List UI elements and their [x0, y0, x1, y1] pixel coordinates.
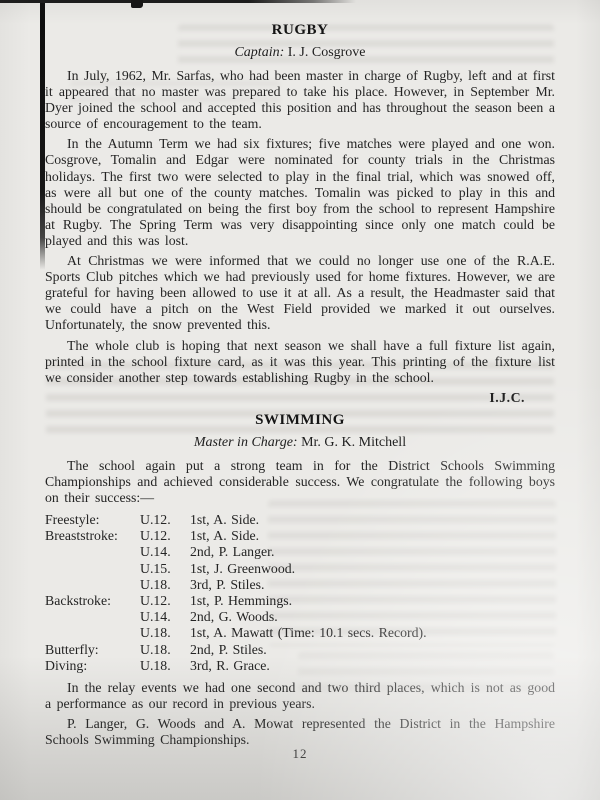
page-content: RUGBY Captain: I. J. Cosgrove In July, 1… [0, 0, 600, 800]
result-event [45, 561, 140, 577]
result-row: Breaststroke: U.12. 1st, A. Side. [45, 528, 555, 544]
swimming-section: SWIMMING Master in Charge: Mr. G. K. Mit… [45, 412, 555, 749]
scanned-magazine-page: RUGBY Captain: I. J. Cosgrove In July, 1… [0, 0, 600, 800]
rugby-section: RUGBY Captain: I. J. Cosgrove In July, 1… [45, 22, 555, 406]
result-event [45, 625, 140, 641]
rugby-paragraph-4: The whole club is hoping that next seaso… [45, 338, 555, 386]
result-age-group: U.12. [140, 512, 190, 528]
swimming-relay-paragraph: In the relay events we had one second an… [45, 680, 555, 712]
rugby-author-initials: I.J.C. [45, 390, 525, 406]
result-age-group: U.18. [140, 658, 190, 674]
swimming-intro-paragraph: The school again put a strong team in fo… [45, 458, 555, 506]
result-age-group: U.15. [140, 561, 190, 577]
result-placing: 1st, J. Greenwood. [190, 561, 555, 577]
result-placing: 3rd, R. Grace. [190, 658, 555, 674]
result-placing: 2nd, P. Langer. [190, 544, 555, 560]
rugby-paragraph-1: In July, 1962, Mr. Sarfas, who had been … [45, 68, 555, 132]
result-row: U.18. 3rd, P. Stiles. [45, 577, 555, 593]
page-number: 12 [0, 746, 600, 762]
result-placing: 1st, P. Hemmings. [190, 593, 555, 609]
result-placing: 3rd, P. Stiles. [190, 577, 555, 593]
result-event: Freestyle: [45, 512, 140, 528]
result-event: Diving: [45, 658, 140, 674]
result-row: U.14. 2nd, G. Woods. [45, 609, 555, 625]
result-row: Freestyle: U.12. 1st, A. Side. [45, 512, 555, 528]
captain-label: Captain: [234, 45, 284, 60]
result-age-group: U.18. [140, 577, 190, 593]
swimming-results-table: Freestyle: U.12. 1st, A. Side. Breaststr… [45, 512, 555, 674]
result-age-group: U.14. [140, 544, 190, 560]
swimming-closing-paragraph: P. Langer, G. Woods and A. Mowat represe… [45, 716, 555, 748]
result-row: U.15. 1st, J. Greenwood. [45, 561, 555, 577]
result-age-group: U.12. [140, 528, 190, 544]
result-placing: 2nd, G. Woods. [190, 609, 555, 625]
result-row: U.18. 1st, A. Mawatt (Time: 10.1 secs. R… [45, 625, 555, 641]
result-event [45, 577, 140, 593]
result-age-group: U.18. [140, 642, 190, 658]
result-age-group: U.12. [140, 593, 190, 609]
result-row: Backstroke: U.12. 1st, P. Hemmings. [45, 593, 555, 609]
result-age-group: U.14. [140, 609, 190, 625]
result-row: U.14. 2nd, P. Langer. [45, 544, 555, 560]
master-in-charge-label: Master in Charge: [194, 435, 298, 450]
result-placing: 2nd, P. Stiles. [190, 642, 555, 658]
scan-ink-mark [131, 0, 143, 8]
scan-edge-top-line [0, 0, 356, 3]
result-row: Diving: U.18. 3rd, R. Grace. [45, 658, 555, 674]
swimming-master-line: Master in Charge: Mr. G. K. Mitchell [45, 435, 555, 451]
result-event: Breaststroke: [45, 528, 140, 544]
result-age-group: U.18. [140, 625, 190, 641]
rugby-paragraph-2: In the Autumn Term we had six fixtures; … [45, 136, 555, 249]
result-event: Butterfly: [45, 642, 140, 658]
result-placing: 1st, A. Mawatt (Time: 10.1 secs. Record)… [190, 625, 555, 641]
result-event: Backstroke: [45, 593, 140, 609]
captain-name: I. J. Cosgrove [288, 45, 366, 60]
result-placing: 1st, A. Side. [190, 528, 555, 544]
rugby-paragraph-3: At Christmas we were informed that we co… [45, 253, 555, 333]
scan-edge-black-bar [40, 0, 45, 270]
rugby-captain-line: Captain: I. J. Cosgrove [45, 45, 555, 61]
rugby-title: RUGBY [45, 22, 555, 39]
result-event [45, 609, 140, 625]
master-in-charge-name: Mr. G. K. Mitchell [301, 435, 406, 450]
swimming-title: SWIMMING [45, 412, 555, 429]
result-event [45, 544, 140, 560]
result-placing: 1st, A. Side. [190, 512, 555, 528]
result-row: Butterfly: U.18. 2nd, P. Stiles. [45, 642, 555, 658]
